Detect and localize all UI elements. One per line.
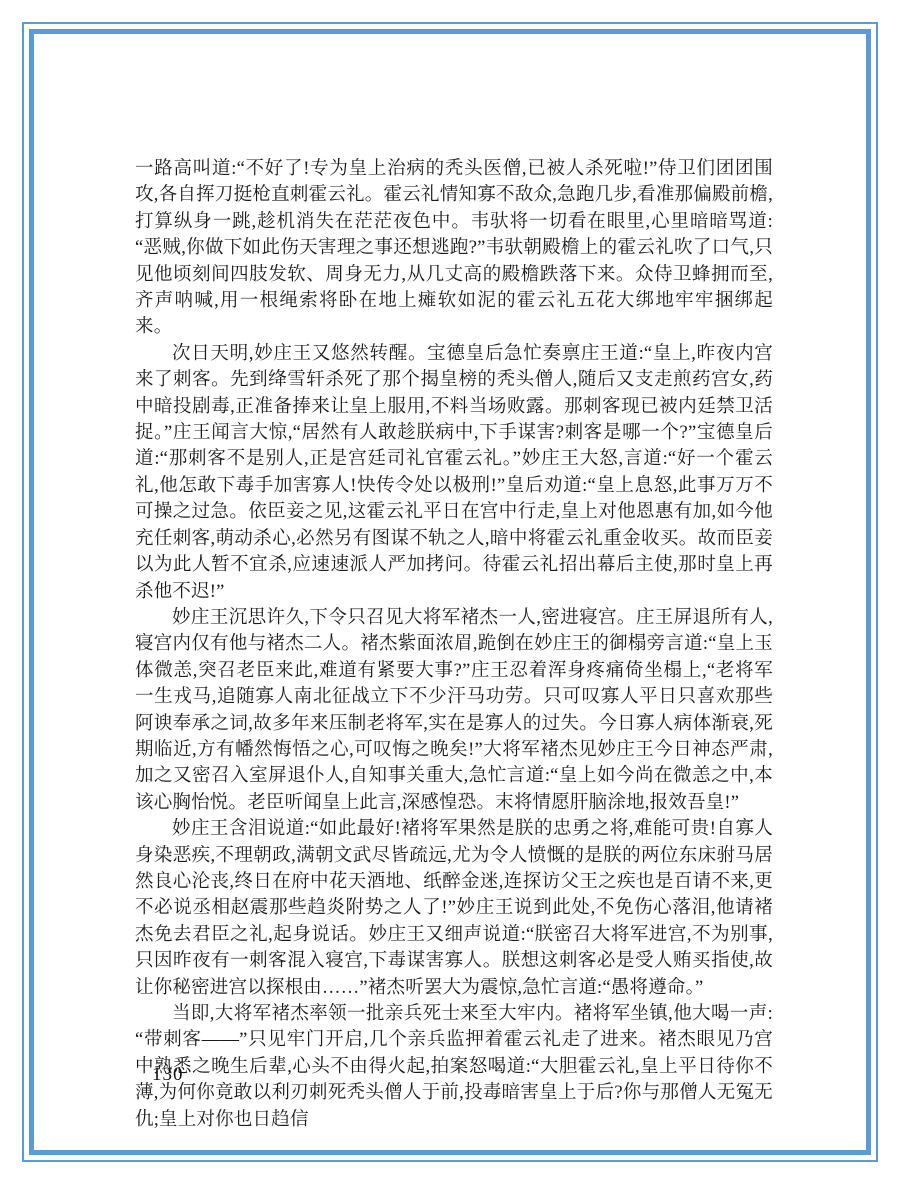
paragraph: 妙庄王沉思许久,下令只召见大将军褚杰一人,密进寝宫。庄王屏退所有人,寝宫内仅有他… [135,605,773,816]
body-text: 一路高叫道:“不好了!专为皇上治病的秃头医僧,已被人杀死啦!”侍卫们团团围攻,各… [135,156,773,1133]
paragraph: 一路高叫道:“不好了!专为皇上治病的秃头医僧,已被人杀死啦!”侍卫们团团围攻,各… [135,156,773,341]
page-number: 130 [152,1064,184,1086]
book-page: 一路高叫道:“不好了!专为皇上治病的秃头医僧,已被人杀死啦!”侍卫们团团围攻,各… [0,0,900,1184]
paragraph: 当即,大将军褚杰率领一批亲兵死士来至大牢内。褚将军坐镇,他大喝一声:“带刺客——… [135,1001,773,1133]
paragraph: 妙庄王含泪说道:“如此最好!褚将军果然是朕的忠勇之将,难能可贵!自寡人身染恶疾,… [135,816,773,1001]
paragraph: 次日天明,妙庄王又悠然转醒。宝德皇后急忙奏禀庄王道:“皇上,昨夜内宫来了刺客。先… [135,341,773,605]
